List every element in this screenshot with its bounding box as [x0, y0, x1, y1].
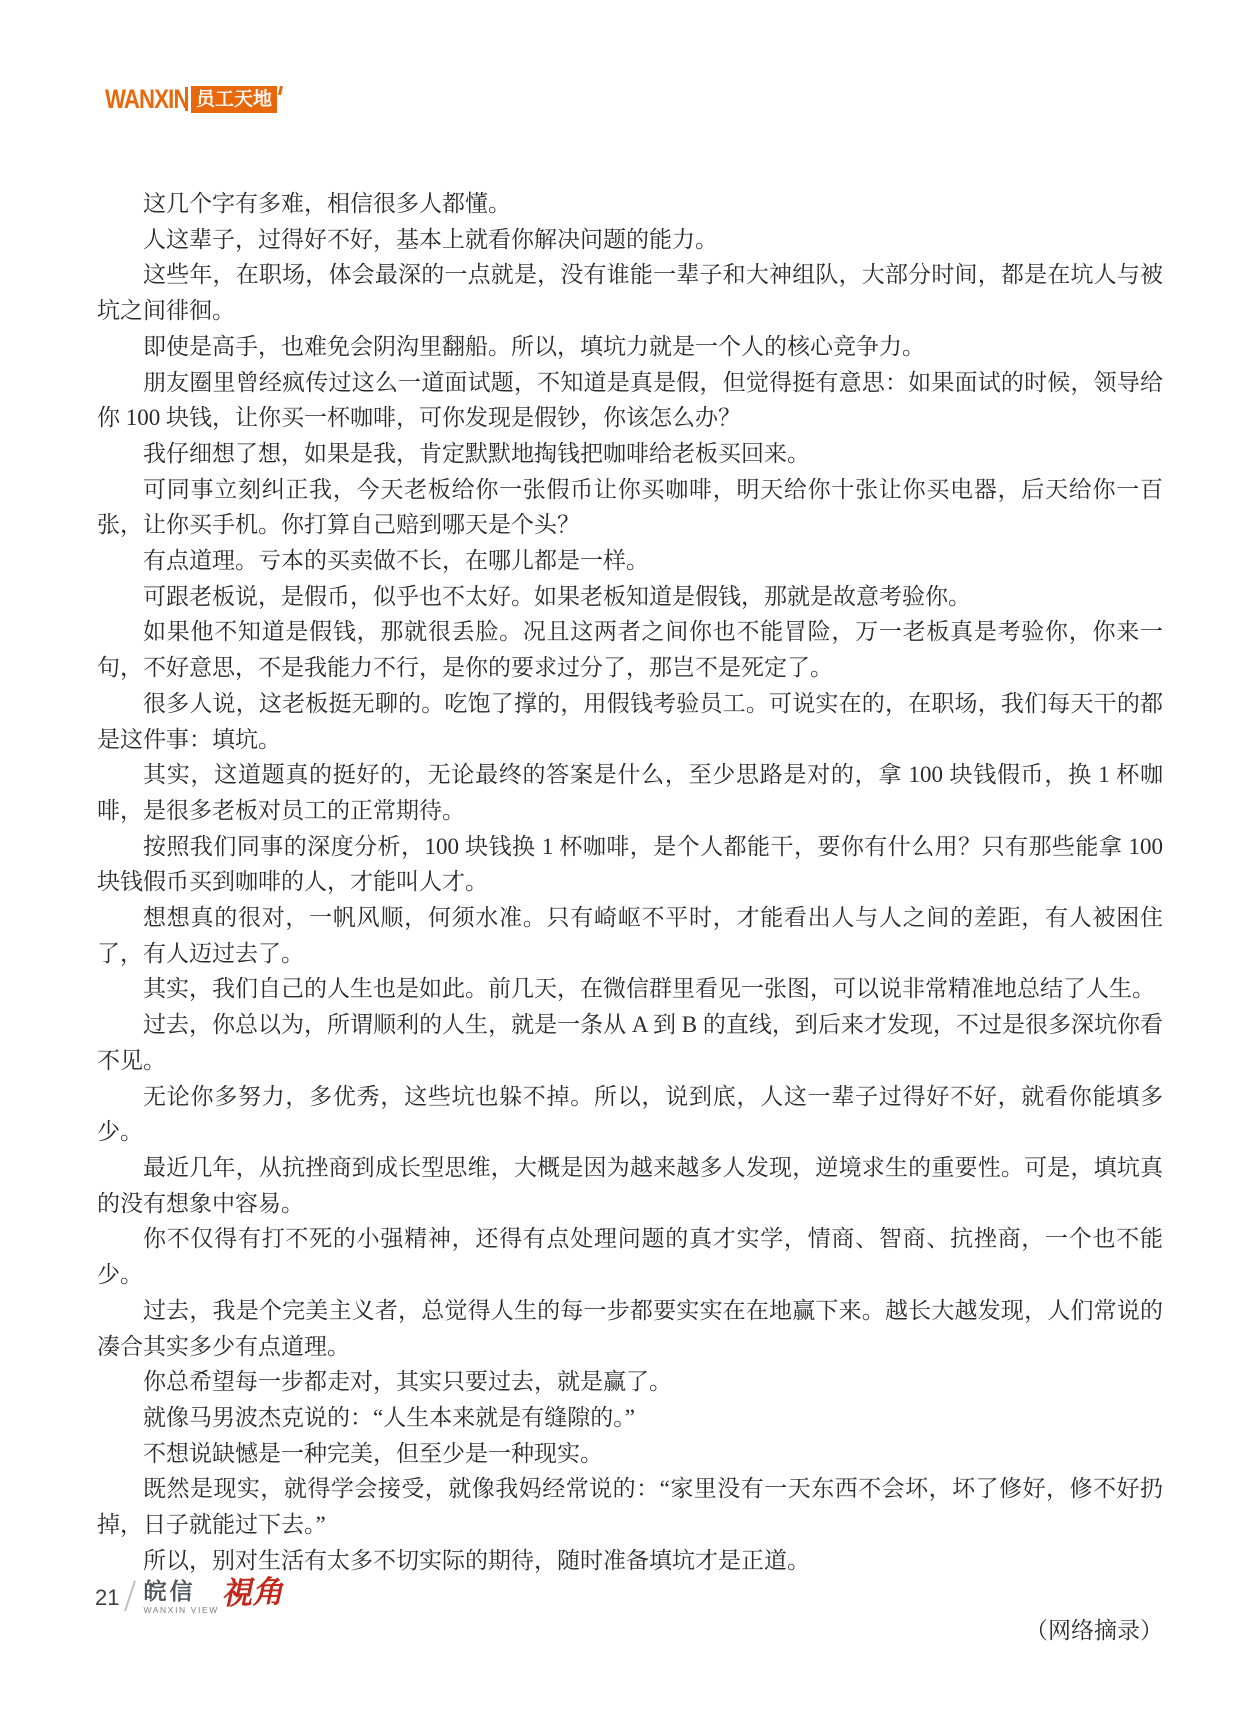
magazine-name-cn: 皖信	[143, 1580, 218, 1603]
paragraph: 过去，我是个完美主义者，总觉得人生的每一步都要实实在在地赢下来。越长大越发现，人…	[97, 1293, 1163, 1364]
paragraph: 就像马男波杰克说的：“人生本来就是有缝隙的。”	[97, 1400, 1163, 1436]
paragraph: 所以，别对生活有太多不切实际的期待，随时准备填坑才是正道。	[97, 1543, 1163, 1579]
paragraph: 很多人说，这老板挺无聊的。吃饱了撑的，用假钱考验员工。可说实在的，在职场，我们每…	[97, 686, 1163, 757]
paragraph: 这些年，在职场，体会最深的一点就是，没有谁能一辈子和大神组队，大部分时间，都是在…	[97, 257, 1163, 328]
paragraph: 无论你多努力，多优秀，这些坑也躲不掉。所以，说到底，人这一辈子过得好不好，就看你…	[97, 1079, 1163, 1150]
paragraph-list: 这几个字有多难，相信很多人都懂。人这辈子，过得好不好，基本上就看你解决问题的能力…	[97, 186, 1163, 1578]
paragraph: 你不仅得有打不死的小强精神，还得有点处理问题的真才实学，情商、智商、抗挫商，一个…	[97, 1221, 1163, 1292]
paragraph: 不想说缺憾是一种完美，但至少是一种现实。	[97, 1436, 1163, 1472]
paragraph: 有点道理。亏本的买卖做不长，在哪儿都是一样。	[97, 543, 1163, 579]
paragraph: 如果他不知道是假钱，那就很丢脸。况且这两者之间你也不能冒险，万一老板真是考验你，…	[97, 614, 1163, 685]
article-body: 这几个字有多难，相信很多人都懂。人这辈子，过得好不好，基本上就看你解决问题的能力…	[97, 186, 1163, 1649]
magazine-page: WANXIN 员工天地 这几个字有多难，相信很多人都懂。人这辈子，过得好不好，基…	[0, 0, 1259, 1719]
paragraph: 朋友圈里曾经疯传过这么一道面试题，不知道是真是假，但觉得挺有意思：如果面试的时候…	[97, 365, 1163, 436]
paragraph: 按照我们同事的深度分析，100 块钱换 1 杯咖啡，是个人都能干，要你有什么用？…	[97, 829, 1163, 900]
paragraph: 这几个字有多难，相信很多人都懂。	[97, 186, 1163, 222]
wanxin-view-logo: 皖信 WANXIN VIEW	[143, 1580, 218, 1615]
paragraph: 既然是现实，就得学会接受，就像我妈经常说的：“家里没有一天东西不会坏，坏了修好，…	[97, 1471, 1163, 1542]
paragraph: 其实，我们自己的人生也是如此。前几天，在微信群里看见一张图，可以说非常精准地总结…	[97, 971, 1163, 1007]
page-footer: 21 皖信 WANXIN VIEW 視角	[95, 1580, 283, 1615]
paragraph: 其实，这道题真的挺好的，无论最终的答案是什么，至少思路是对的，拿 100 块钱假…	[97, 757, 1163, 828]
masthead-logo: WANXIN 员工天地	[105, 84, 277, 114]
attribution: （网络摘录）	[97, 1613, 1163, 1649]
paragraph: 过去，你总以为，所谓顺利的人生，就是一条从 A 到 B 的直线，到后来才发现，不…	[97, 1007, 1163, 1078]
footer-slash-divider	[125, 1580, 137, 1611]
paragraph: 人这辈子，过得好不好，基本上就看你解决问题的能力。	[97, 222, 1163, 258]
section-badge: 员工天地	[191, 86, 277, 113]
magazine-subtitle: WANXIN VIEW	[143, 1606, 218, 1615]
paragraph: 可同事立刻纠正我，今天老板给你一张假币让你买咖啡，明天给你十张让你买电器，后天给…	[97, 472, 1163, 543]
page-number: 21	[95, 1585, 119, 1611]
paragraph: 我仔细想了想，如果是我，肯定默默地掏钱把咖啡给老板买回来。	[97, 436, 1163, 472]
paragraph: 你总希望每一步都走对，其实只要过去，就是赢了。	[97, 1364, 1163, 1400]
paragraph: 最近几年，从抗挫商到成长型思维，大概是因为越来越多人发现，逆境求生的重要性。可是…	[97, 1150, 1163, 1221]
magazine-name-accent: 視角	[220, 1577, 283, 1610]
paragraph: 想想真的很对，一帆风顺，何须水准。只有崎岖不平时，才能看出人与人之间的差距，有人…	[97, 900, 1163, 971]
wanxin-logo-text: WANXIN	[105, 86, 189, 113]
paragraph: 可跟老板说，是假币，似乎也不太好。如果老板知道是假钱，那就是故意考验你。	[97, 579, 1163, 615]
paragraph: 即使是高手，也难免会阴沟里翻船。所以，填坑力就是一个人的核心竞争力。	[97, 329, 1163, 365]
